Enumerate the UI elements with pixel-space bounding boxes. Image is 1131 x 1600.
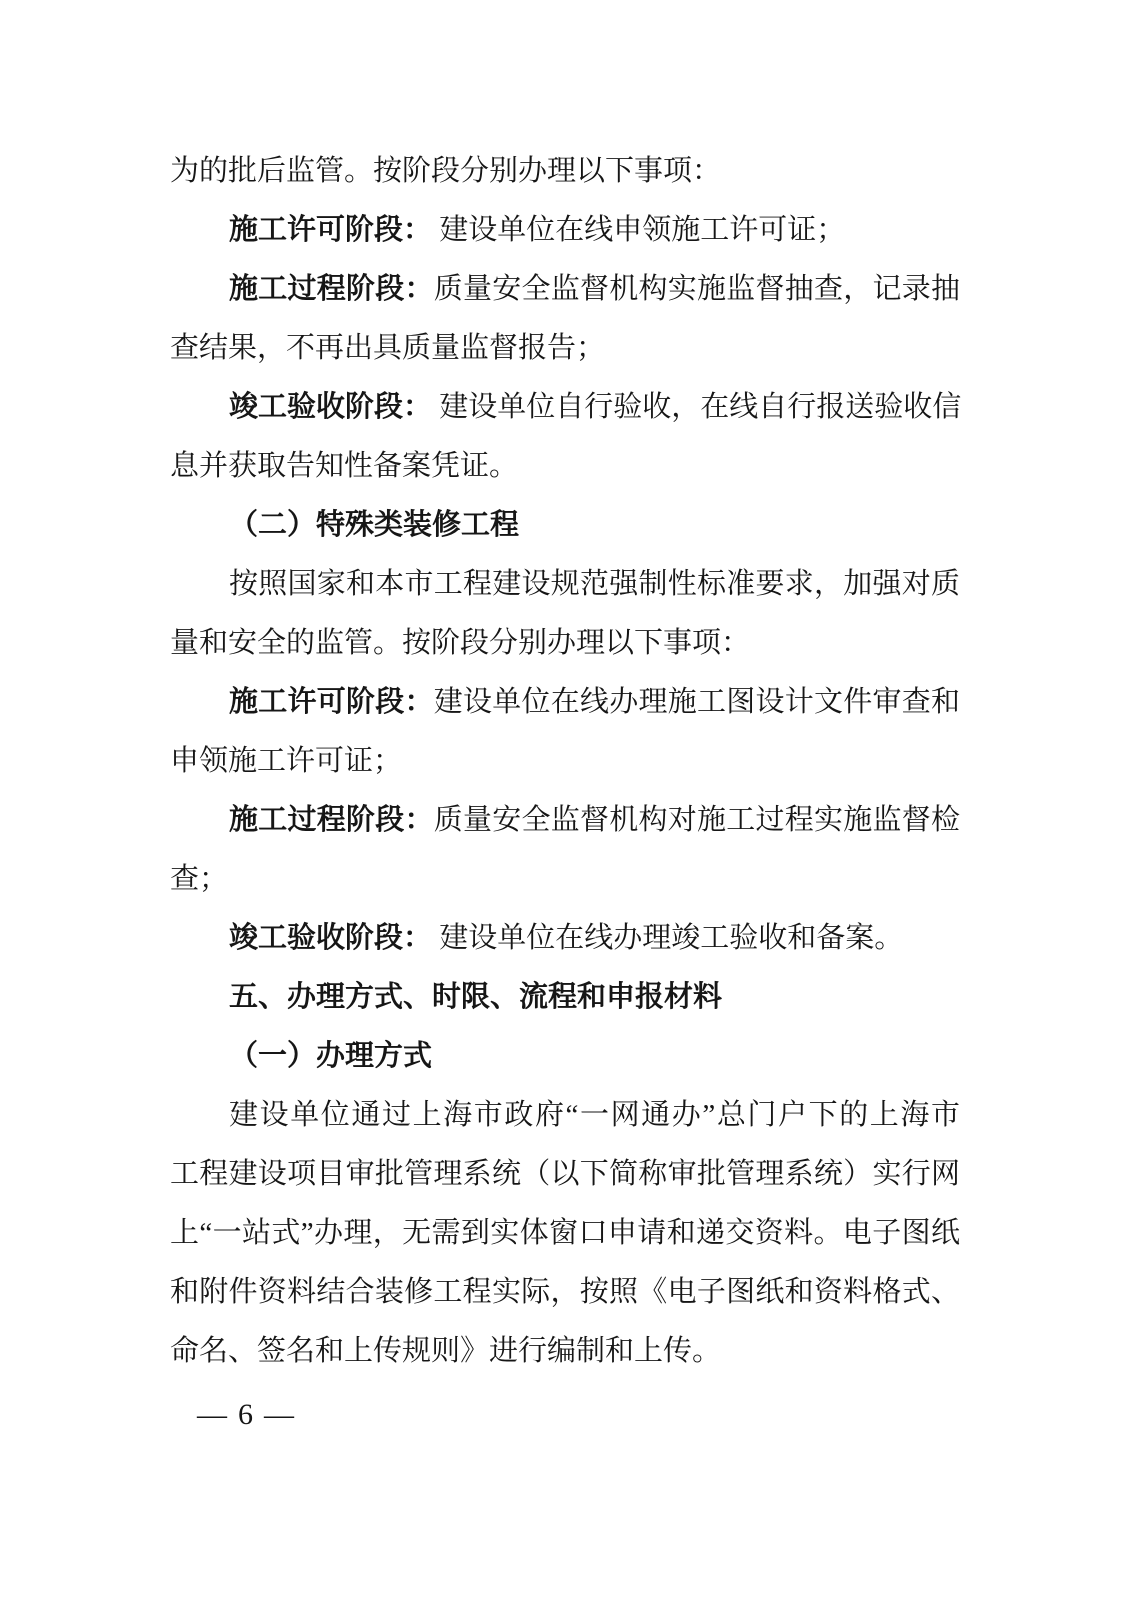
page-number: 6 xyxy=(238,1398,253,1431)
text-segment: 查结果，不再出具质量监督报告； xyxy=(170,332,605,364)
text-line: 竣工验收阶段： 建设单位自行验收，在线自行报送验收信 xyxy=(170,378,960,437)
footer-right-dash: — xyxy=(264,1398,294,1431)
text-segment-bold: 施工许可阶段： xyxy=(229,686,434,718)
text-line: 和附件资料结合装修工程实际，按照《电子图纸和资料格式、 xyxy=(170,1263,960,1322)
text-line: 申领施工许可证； xyxy=(170,732,960,791)
document-page: 为的批后监管。按阶段分别办理以下事项：施工许可阶段： 建设单位在线申领施工许可证… xyxy=(0,0,1131,1600)
text-segment: 建设单位在线办理竣工验收和备案。 xyxy=(432,922,903,954)
text-segment-bold: （二）特殊类装修工程 xyxy=(229,509,519,541)
text-segment-bold: （一）办理方式 xyxy=(229,1040,432,1072)
text-line: 施工过程阶段：质量安全监督机构对施工过程实施监督检 xyxy=(170,791,960,850)
text-segment-bold: 施工过程阶段： xyxy=(229,273,434,305)
text-segment-bold: 竣工验收阶段： xyxy=(229,922,432,954)
text-line: 上“一站式”办理，无需到实体窗口申请和递交资料。电子图纸 xyxy=(170,1204,960,1263)
text-line: 施工许可阶段： 建设单位在线申领施工许可证； xyxy=(170,201,960,260)
text-segment: 建设单位在线申领施工许可证； xyxy=(432,214,845,246)
text-segment: 查； xyxy=(170,863,228,895)
text-segment: 量和安全的监管。按阶段分别办理以下事项： xyxy=(170,627,750,659)
text-segment: 工程建设项目审批管理系统（以下简称审批管理系统）实行网 xyxy=(170,1158,960,1190)
text-segment-bold: 五、办理方式、时限、流程和申报材料 xyxy=(229,981,722,1013)
text-line: （一）办理方式 xyxy=(170,1027,960,1086)
text-segment: 命名、签名和上传规则》进行编制和上传。 xyxy=(170,1335,721,1367)
text-line: 命名、签名和上传规则》进行编制和上传。 xyxy=(170,1322,960,1381)
page-footer: —6— xyxy=(197,1396,294,1434)
text-line: 按照国家和本市工程建设规范强制性标准要求，加强对质 xyxy=(170,555,960,614)
text-line: 息并获取告知性备案凭证。 xyxy=(170,437,960,496)
text-segment: 按照国家和本市工程建设规范强制性标准要求，加强对质 xyxy=(229,568,960,600)
text-line: 查； xyxy=(170,850,960,909)
text-segment: 建设单位在线办理施工图设计文件审查和 xyxy=(434,686,960,718)
text-segment: 建设单位自行验收，在线自行报送验收信 xyxy=(432,391,961,423)
document-body: 为的批后监管。按阶段分别办理以下事项：施工许可阶段： 建设单位在线申领施工许可证… xyxy=(170,142,960,1381)
text-segment: 质量安全监督机构对施工过程实施监督检 xyxy=(434,804,960,836)
text-segment: 质量安全监督机构实施监督抽查，记录抽 xyxy=(434,273,960,305)
text-segment: 息并获取告知性备案凭证。 xyxy=(170,450,518,482)
text-segment-bold: 施工过程阶段： xyxy=(229,804,434,836)
footer-left-dash: — xyxy=(197,1398,227,1431)
text-segment-bold: 竣工验收阶段： xyxy=(229,391,432,423)
text-segment: 申领施工许可证； xyxy=(170,745,402,777)
text-segment: 为的批后监管。按阶段分别办理以下事项： xyxy=(170,155,721,187)
text-line: 施工过程阶段：质量安全监督机构实施监督抽查，记录抽 xyxy=(170,260,960,319)
text-segment: 上“一站式”办理，无需到实体窗口申请和递交资料。电子图纸 xyxy=(170,1217,960,1249)
text-segment: 和附件资料结合装修工程实际，按照《电子图纸和资料格式、 xyxy=(170,1276,960,1308)
text-segment-bold: 施工许可阶段： xyxy=(229,214,432,246)
text-line: 工程建设项目审批管理系统（以下简称审批管理系统）实行网 xyxy=(170,1145,960,1204)
text-line: 五、办理方式、时限、流程和申报材料 xyxy=(170,968,960,1027)
text-line: 施工许可阶段：建设单位在线办理施工图设计文件审查和 xyxy=(170,673,960,732)
text-segment: 建设单位通过上海市政府“一网通办”总门户下的上海市 xyxy=(229,1099,960,1131)
text-line: （二）特殊类装修工程 xyxy=(170,496,960,555)
text-line: 竣工验收阶段： 建设单位在线办理竣工验收和备案。 xyxy=(170,909,960,968)
text-line: 量和安全的监管。按阶段分别办理以下事项： xyxy=(170,614,960,673)
text-line: 建设单位通过上海市政府“一网通办”总门户下的上海市 xyxy=(170,1086,960,1145)
text-line: 查结果，不再出具质量监督报告； xyxy=(170,319,960,378)
text-line: 为的批后监管。按阶段分别办理以下事项： xyxy=(170,142,960,201)
